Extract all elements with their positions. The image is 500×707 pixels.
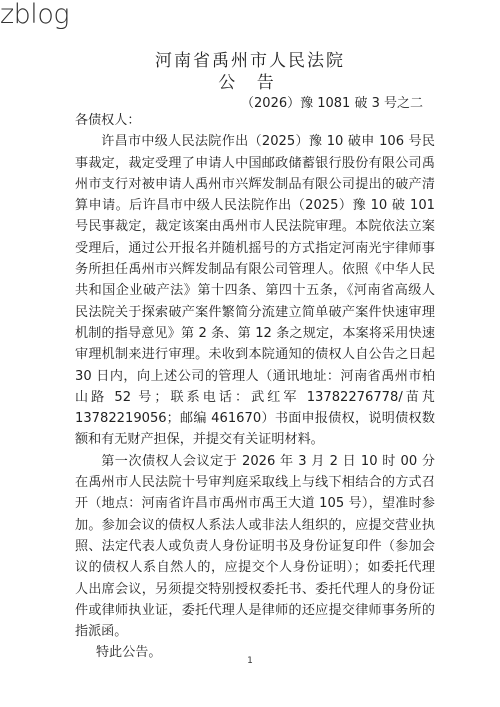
- notice-body: 各债权人： 许昌市中级人民法院作出（2025）豫 10 破申 106 号民事裁定…: [75, 110, 435, 664]
- paragraph-creditors-meeting: 第一次债权人会议定于 2026 年 3 月 2 日 10 时 00 分在禹州市人…: [75, 451, 435, 643]
- document-title: 公 告: [0, 68, 500, 93]
- site-watermark: zblog: [0, 0, 69, 30]
- salutation: 各债权人：: [75, 110, 435, 131]
- page-number: 1: [0, 656, 500, 666]
- paragraph-bankruptcy-ruling: 许昌市中级人民法院作出（2025）豫 10 破申 106 号民事裁定，裁定受理了…: [75, 131, 435, 450]
- case-number: （2026）豫 1081 破 3 号之二: [241, 92, 423, 111]
